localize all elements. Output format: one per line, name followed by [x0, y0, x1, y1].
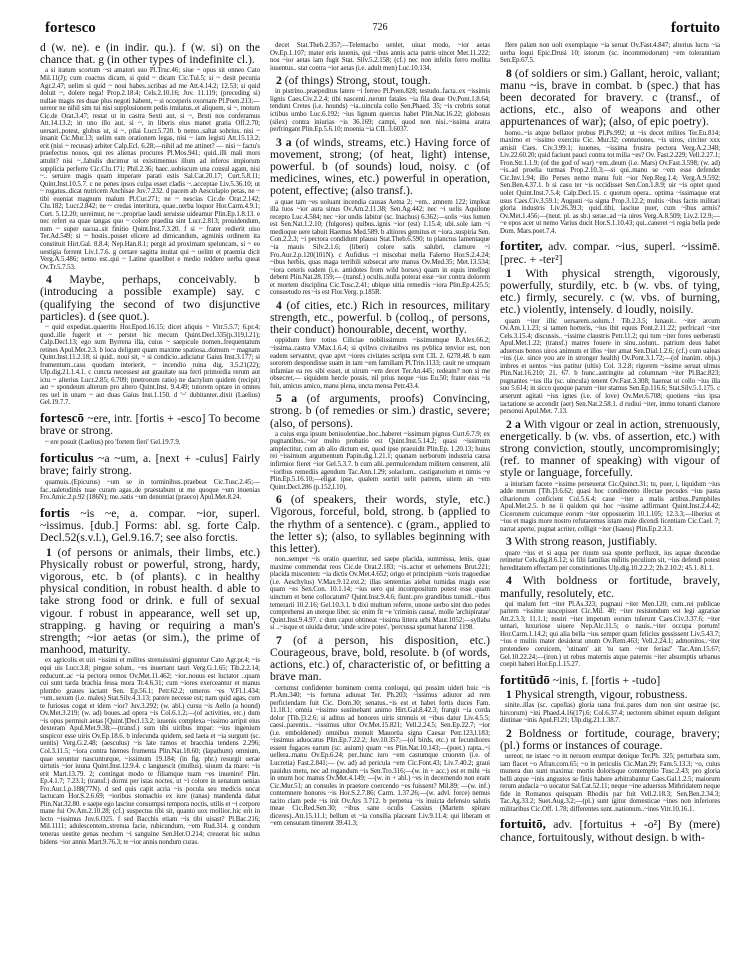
definition-text: Boldness or fortitude, courage, bravery;… [500, 727, 720, 752]
dictionary-entry-header: fortuitō, adv. [fortuitus + -o²] By (mer… [500, 818, 720, 843]
definition-text: With vigour or zeal in action, strenuous… [500, 418, 720, 480]
citation-block: flere palam non uolt exemplaque ~ia seru… [500, 42, 720, 65]
definition-text: (of winds, streams, etc.) Having force o… [270, 136, 490, 198]
sense-number: 6 [276, 493, 282, 506]
sense-number: 5 a [276, 392, 297, 405]
dictionary-entry-header: fortitūdō ~inis, f. [fortis + -tudo] [500, 674, 720, 687]
citation-block: uereor, ne istaec ~o in neruom erumpat d… [500, 753, 720, 813]
sense-definition: d (w. ne). e (in indir. qu.). f (w. si) … [40, 42, 260, 66]
dictionary-page: fortesco 726 fortuito d (w. ne). e (in i… [40, 18, 720, 942]
definition-text: (of things) Strong, stout, tough. [285, 74, 431, 87]
sense-definition: 3 With strong reason, justifiably. [500, 536, 720, 548]
page-number: 726 [40, 22, 720, 33]
sense-definition: 6 (of speakers, their words, style, etc.… [270, 494, 490, 555]
sense-number: 3 [506, 535, 512, 548]
definition-text: (of persons or animals, their limbs, etc… [40, 546, 260, 657]
citation-block: sinite..illas (sc. capellas) gloria uana… [500, 702, 720, 725]
running-head: fortesco 726 fortuito [40, 18, 720, 38]
sense-definition: 1 Physical strength, vigour, robustness. [500, 689, 720, 701]
citation-block: a cuius erga ipsum beniuolentiae..hoc..h… [270, 431, 490, 491]
column-left: d (w. ne). e (in indir. qu.). f (w. si) … [40, 42, 260, 942]
dictionary-entry-header: fortis ~is ~e, a. compar. ~ior, superl. … [40, 507, 260, 545]
headword: forticulus [40, 450, 93, 465]
sense-definition: 7 (of a person, his disposition, etc.) C… [270, 635, 490, 684]
sense-definition: 3 a (of winds, streams, etc.) Having for… [270, 137, 490, 198]
sense-definition: 4 Maybe, perhaps, conceivably. b (introd… [40, 274, 260, 323]
citation-block: ex agricolis et uiri ~issimi et milites … [40, 657, 260, 846]
definition-text: (of arguments, proofs) Convincing, stron… [270, 392, 490, 429]
citation-block: qui malum fert ~iter Pl.As.323; pugnaui … [500, 601, 720, 669]
citation-block: a iniuriam facere ~issime perseuerat Cic… [500, 481, 720, 534]
sense-number: 2 [276, 74, 282, 87]
headword: fortitūdō [500, 672, 550, 687]
citation-block: ~ quid expediat..quaeritis Hor.Epod.16.1… [40, 324, 260, 407]
definition-text: (of a person, his disposition, etc.) Cou… [270, 634, 490, 684]
headword: fortuitō, [500, 816, 546, 831]
sense-definition: 5 a (of arguments, proofs) Convincing, s… [270, 393, 490, 430]
sense-definition: 2 Boldness or fortitude, courage, braver… [500, 728, 720, 752]
sense-definition: 1 (of persons or animals, their limbs, e… [40, 547, 260, 657]
column-middle: decet Stat.Theb.2.357;—Telemacho uenlet,… [270, 42, 490, 942]
headword: fortiter, [500, 238, 542, 253]
definition-text: With strong reason, justifiably. [515, 535, 658, 548]
definition-text: Physical strength, vigour, robustness. [515, 688, 688, 701]
right-guideword: fortuito [671, 20, 720, 37]
dictionary-entry-header: forticulus ~a ~um, a. [next + -culus] Fa… [40, 452, 260, 477]
sense-definition: 4 (of cities, etc.) Rich in resources, m… [270, 300, 490, 337]
text-columns: d (w. ne). e (in indir. qu.). f (w. si) … [40, 42, 720, 942]
sense-number: 1 [46, 546, 52, 559]
sense-number: 2 [506, 727, 512, 740]
sense-definition: 1 With physical strength, vigorously, po… [500, 268, 720, 317]
citation-block: quamuis..(Epicurus) ~um se in torminibus… [40, 479, 260, 502]
sense-number: 3 a [276, 136, 292, 149]
citation-block: ~ ere posuit (Laelius) pro 'fortem fieri… [40, 439, 260, 447]
citation-block: a quae tam ~es uoluant incendia causas A… [270, 199, 490, 297]
sense-number: 4 [276, 299, 282, 312]
citation-block: oppidum fere totius Ciliciae nobilissimu… [270, 337, 490, 390]
citation-block: quam ~iter illic uersarem..solum..! Tib.… [500, 318, 720, 416]
definition-text: With boldness or fortitude, bravely, man… [500, 574, 720, 599]
sense-definition: 2 a With vigour or zeal in action, stren… [500, 419, 720, 480]
citation-block: certumst confidenter hominem contra conl… [270, 685, 490, 828]
definition-text: (of cities, etc.) Rich in resources, mil… [270, 299, 490, 336]
citation-block: homo..~is atque bellator probus Pl.Ps.99… [500, 130, 720, 236]
definition-text: Maybe, perhaps, conceivably. b (introduc… [40, 273, 260, 323]
sense-number: 1 [506, 688, 512, 701]
sense-number: 4 [506, 574, 512, 587]
sense-number: 2 a [506, 418, 521, 431]
definition-text: (of soldiers or sim.) Gallant, heroic, v… [500, 67, 720, 129]
citation-block: non..semper ~is oratio quaeritur, sed sa… [270, 556, 490, 631]
sense-number: 4 [46, 273, 52, 286]
definition-text: With physical strength, vigorously, powe… [500, 267, 720, 317]
dictionary-entry-header: fortiter, adv. compar. ~ius, superl. ~is… [500, 240, 720, 265]
sense-number: 1 [506, 267, 512, 280]
headword: fortis [40, 505, 70, 520]
citation-block: quare ~ius et si aqua per riuum sua spon… [500, 550, 720, 573]
definition-text: d (w. ne). e (in indir. qu.). f (w. si) … [40, 42, 260, 66]
sense-definition: 4 With boldness or fortitude, bravely, m… [500, 575, 720, 599]
definition-text: (of speakers, their words, style, etc.) … [270, 493, 490, 555]
dictionary-entry-header: fortescō ~ere, intr. [fortis + -esco] To… [40, 412, 260, 437]
citation-block: in pistrino..praepeditus latere ~i ferre… [270, 88, 490, 133]
sense-definition: 2 (of things) Strong, stout, tough. [270, 75, 490, 87]
column-right: flere palam non uolt exemplaque ~ia seru… [500, 42, 720, 942]
citation-block: a si iratum scortum ~st amatori suo Pl.T… [40, 67, 260, 271]
sense-number: 7 [276, 634, 282, 647]
headword: fortescō [40, 410, 84, 425]
citation-block: decet Stat.Theb.2.357;—Telemacho uenlet,… [270, 42, 490, 72]
entry-etymology: ~inis, f. [fortis + -tudo] [553, 674, 660, 687]
sense-number: 8 [506, 67, 512, 80]
sense-definition: 8 (of soldiers or sim.) Gallant, heroic,… [500, 68, 720, 129]
